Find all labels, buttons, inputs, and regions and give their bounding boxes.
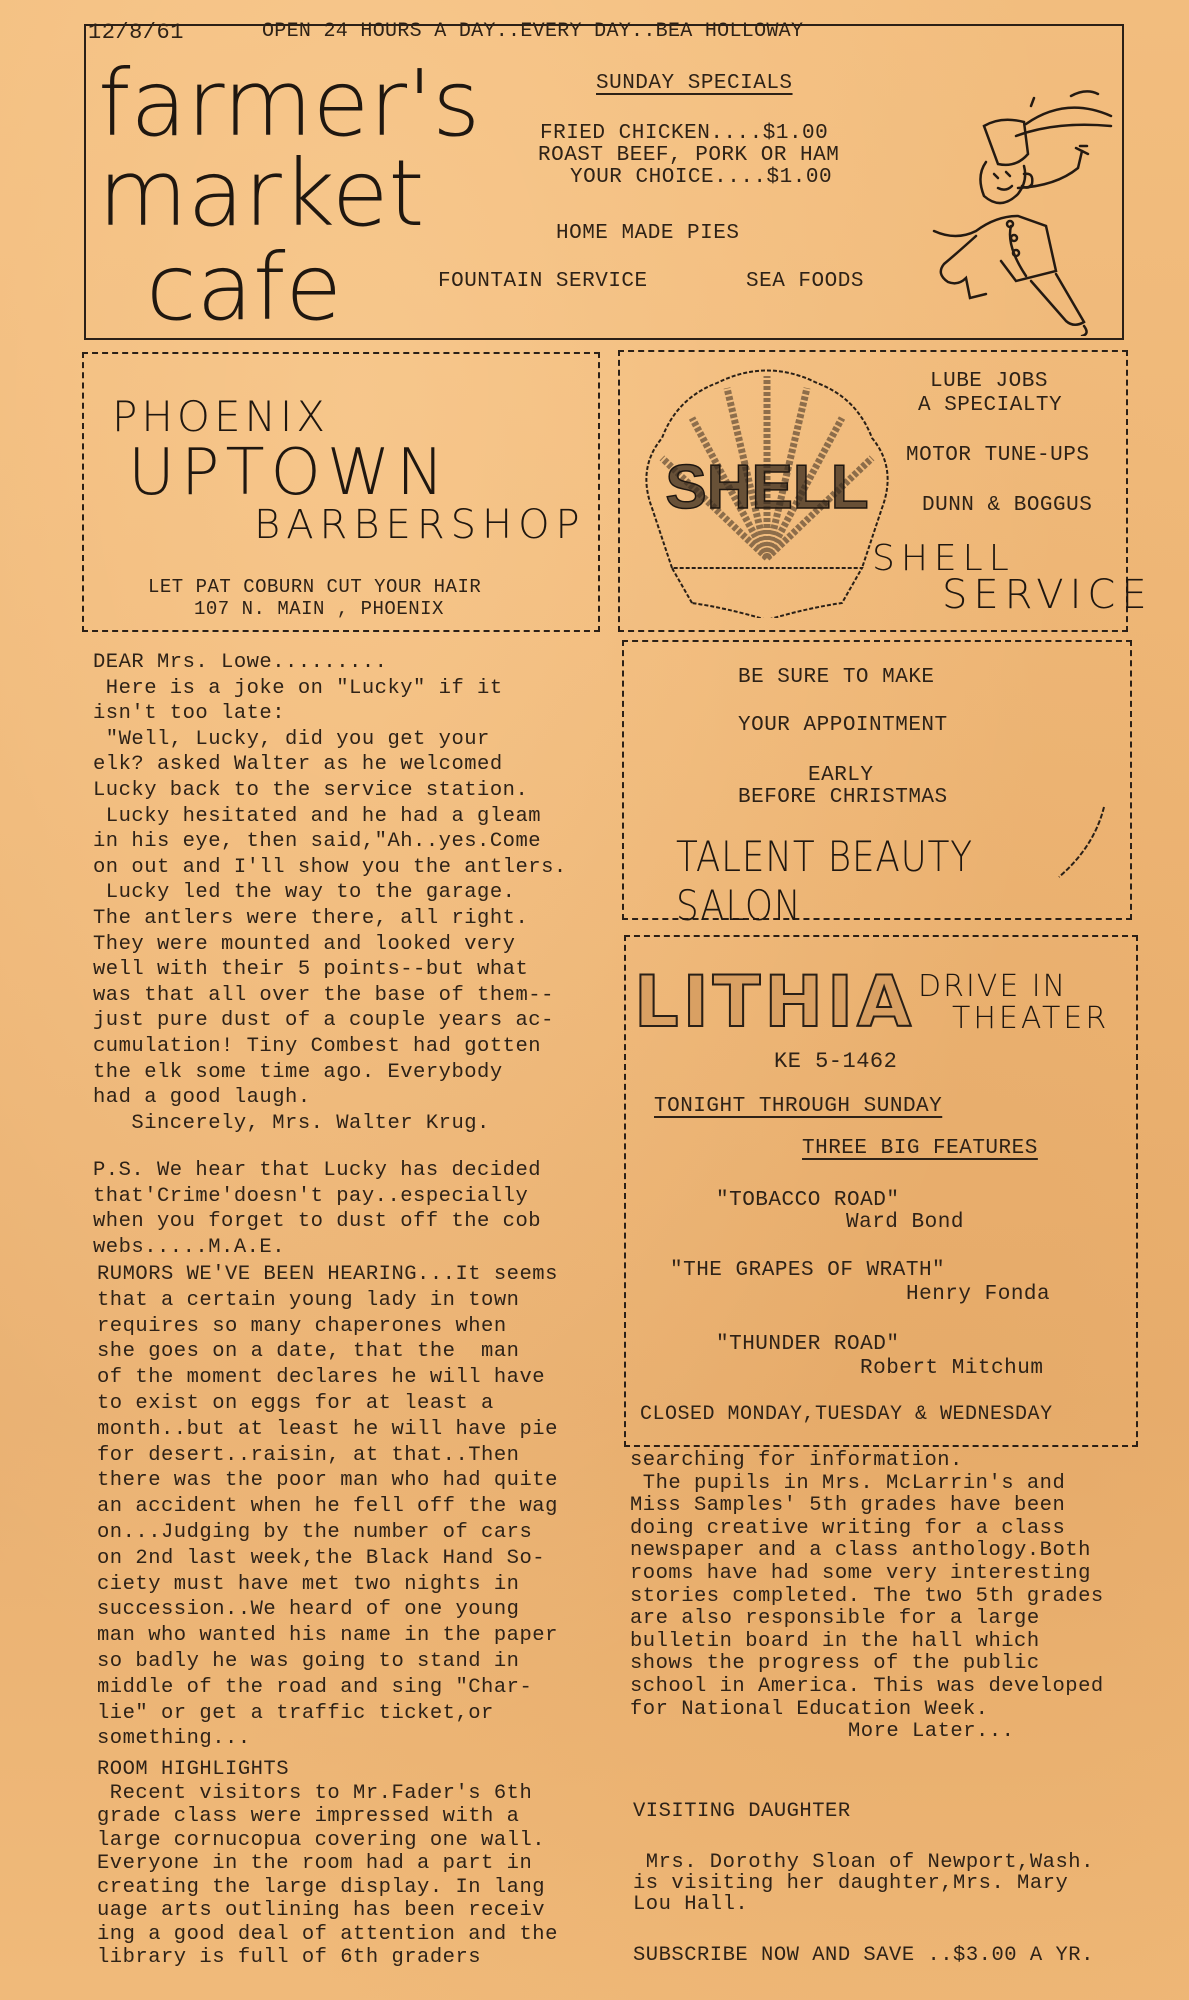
rumors-line: lie" or get a traffic ticket,or	[97, 1701, 558, 1727]
beauty-line-2: YOUR APPOINTMENT	[738, 714, 948, 737]
room-highlights-section: ROOM HIGHLIGHTS Recent visitors to Mr.Fa…	[97, 1758, 558, 1970]
feature-1-title: "TOBACCO ROAD"	[716, 1189, 899, 1212]
sea-foods: SEA FOODS	[746, 270, 864, 293]
feature-3-star: Robert Mitchum	[860, 1357, 1043, 1380]
letter-line: isn't too late:	[93, 701, 567, 727]
lithia-theater: THEATER	[952, 1001, 1109, 1036]
shell-logo-text: SHELL	[665, 453, 868, 522]
rumors-line: on 2nd last week,the Black Hand So-	[97, 1546, 558, 1572]
shell-dunn-boggus: DUNN & BOGGUS	[922, 494, 1092, 517]
rumors-line: there was the poor man who had quite	[97, 1468, 558, 1494]
cafe-name-farmers: farmer's	[98, 64, 480, 144]
phoenix-uptown-barbershop-ad: PHOENIX UPTOWN BARBERSHOP LET PAT COBURN…	[82, 352, 600, 632]
letter-line: just pure dust of a couple years ac-	[93, 1008, 567, 1034]
school-news-line: are also responsible for a large	[630, 1608, 1104, 1631]
school-news-line: shows the progress of the public	[630, 1653, 1104, 1676]
letter-line: elk? asked Walter as he welcomed	[93, 752, 567, 778]
beauty-salon-name: TALENT BEAUTY SALON	[676, 832, 1062, 930]
letter-line: was that all over the base of them--	[93, 983, 567, 1009]
shell-service-ad: SHELL LUBE JOBS A SPECIALTY MOTOR TUNE-U…	[618, 350, 1128, 632]
room-highlights-line: uage arts outlining has been receiv	[97, 1899, 558, 1923]
school-news-line: doing creative writing for a class	[630, 1518, 1104, 1541]
barber-uptown: UPTOWN	[128, 436, 450, 510]
letter-line: Lucky led the way to the garage.	[93, 880, 567, 906]
farmers-market-cafe-ad: 12/8/61 OPEN 24 HOURS A DAY..EVERY DAY..…	[84, 24, 1124, 340]
rumors-line: on...Judging by the number of cars	[97, 1520, 558, 1546]
letter-line: in his eye, then said,"Ah..yes.Come	[93, 829, 567, 855]
school-news-line: newspaper and a class anthology.Both	[630, 1540, 1104, 1563]
letter-line: had a good laugh.	[93, 1085, 567, 1111]
lithia-closed-days: CLOSED MONDAY,TUESDAY & WEDNESDAY	[640, 1403, 1053, 1426]
school-news-line: Miss Samples' 5th grades have been	[630, 1495, 1104, 1518]
special-your-choice: YOUR CHOICE....$1.00	[570, 166, 832, 189]
feature-2-star: Henry Fonda	[906, 1283, 1050, 1306]
shell-logo-icon: SHELL	[632, 358, 902, 618]
feature-1-star: Ward Bond	[846, 1211, 964, 1234]
special-roast-beef: ROAST BEEF, PORK OR HAM	[538, 144, 839, 167]
room-highlights-line: grade class were impressed with a	[97, 1805, 558, 1829]
rumors-line: that a certain young lady in town	[97, 1288, 558, 1314]
letter-to-editor: DEAR Mrs. Lowe......... Here is a joke o…	[93, 650, 567, 1261]
letter-line: "Well, Lucky, did you get your	[93, 727, 567, 753]
letter-line: They were mounted and looked very	[93, 932, 567, 958]
letter-line: Here is a joke on "Lucky" if it	[93, 676, 567, 702]
rumors-line: of the moment declares he will have	[97, 1365, 558, 1391]
room-highlights-heading: ROOM HIGHLIGHTS	[97, 1758, 558, 1782]
letter-line: on out and I'll show you the antlers.	[93, 855, 567, 881]
cafe-name-cafe: cafe	[146, 248, 342, 328]
letter-line: The antlers were there, all right.	[93, 906, 567, 932]
rumors-line: for desert..raisin, at that..Then	[97, 1443, 558, 1469]
school-news-line: stories completed. The two 5th grades	[630, 1586, 1104, 1609]
shell-motor-tune-ups: MOTOR TUNE-UPS	[906, 444, 1089, 467]
feature-3-title: "THUNDER ROAD"	[716, 1333, 899, 1356]
room-highlights-line: creating the large display. In lang	[97, 1876, 558, 1900]
school-news-section: searching for information. The pupils in…	[630, 1450, 1104, 1744]
visiting-line: Mrs. Dorothy Sloan of Newport,Wash.	[633, 1852, 1094, 1873]
visiting-daughter-body: Mrs. Dorothy Sloan of Newport,Wash. is v…	[633, 1852, 1094, 1915]
rumors-line: middle of the road and sing "Char-	[97, 1675, 558, 1701]
issue-date: 12/8/61	[88, 20, 184, 45]
school-news-line: bulletin board in the hall which	[630, 1631, 1104, 1654]
rumors-line: man who wanted his name in the paper	[97, 1623, 558, 1649]
home-made-pies: HOME MADE PIES	[556, 222, 739, 245]
letter-line: Lucky back to the service station.	[93, 778, 567, 804]
feature-2-title: "THE GRAPES OF WRATH"	[670, 1259, 945, 1282]
lithia-features-title: THREE BIG FEATURES	[802, 1137, 1038, 1160]
rumors-line: she goes on a date, that the man	[97, 1339, 558, 1365]
beauty-line-4: BEFORE CHRISTMAS	[738, 786, 948, 809]
rumors-line: to exist on eggs for at least a	[97, 1391, 558, 1417]
visiting-line: is visiting her daughter,Mrs. Mary	[633, 1873, 1094, 1894]
letter-line: Lucky hesitated and he had a gleam	[93, 804, 567, 830]
room-highlights-line: large cornucopua covering one wall.	[97, 1829, 558, 1853]
barber-phoenix: PHOENIX	[112, 392, 329, 441]
visiting-line: Lou Hall.	[633, 1894, 1094, 1915]
beauty-line-3: EARLY	[808, 764, 874, 787]
fountain-service: FOUNTAIN SERVICE	[438, 270, 648, 293]
school-news-signoff: More Later...	[630, 1721, 1104, 1744]
letter-line: the elk some time ago. Everybody	[93, 1060, 567, 1086]
decorative-stroke-icon	[1054, 802, 1114, 882]
letter-line: well with their 5 points--but what	[93, 957, 567, 983]
rumors-section: RUMORS WE'VE BEEN HEARING...It seems tha…	[97, 1262, 558, 1752]
beauty-line-1: BE SURE TO MAKE	[738, 666, 935, 689]
visiting-daughter-heading: VISITING DAUGHTER	[633, 1800, 851, 1823]
shell-lube-jobs: LUBE JOBS	[930, 370, 1048, 393]
school-news-line: school in America. This was developed	[630, 1676, 1104, 1699]
rumors-line: so badly he was going to stand in	[97, 1649, 558, 1675]
barber-slogan: LET PAT COBURN CUT YOUR HAIR	[148, 576, 481, 598]
subscribe-notice: SUBSCRIBE NOW AND SAVE ..$3.00 A YR.	[633, 1944, 1094, 1967]
ps-line: webs.....M.A.E.	[93, 1235, 567, 1261]
lithia-drive-in: DRIVE IN	[918, 969, 1067, 1004]
shell-service-name-2: SERVICE	[942, 572, 1153, 618]
ps-line: that'Crime'doesn't pay..especially	[93, 1184, 567, 1210]
school-news-line: rooms have had some very interesting	[630, 1563, 1104, 1586]
header-tagline: OPEN 24 HOURS A DAY..EVERY DAY..BEA HOLL…	[262, 20, 803, 43]
lithia-schedule: TONIGHT THROUGH SUNDAY	[654, 1095, 942, 1118]
school-news-line: The pupils in Mrs. McLarrin's and	[630, 1473, 1104, 1496]
ps-line: P.S. We hear that Lucky has decided	[93, 1158, 567, 1184]
rumors-line: something...	[97, 1726, 558, 1752]
rumors-line: RUMORS WE'VE BEEN HEARING...It seems	[97, 1262, 558, 1288]
lithia-drive-in-ad: LITHIA DRIVE IN THEATER KE 5-1462 TONIGH…	[624, 935, 1138, 1447]
letter-signature: Sincerely, Mrs. Walter Krug.	[93, 1111, 567, 1137]
ps-line: when you forget to dust off the cob	[93, 1209, 567, 1235]
rumors-line: ciety must have met two nights in	[97, 1572, 558, 1598]
sunday-specials-title: SUNDAY SPECIALS	[596, 72, 793, 95]
room-highlights-line: library is full of 6th graders	[97, 1946, 558, 1970]
room-highlights-line: Recent visitors to Mr.Fader's 6th	[97, 1782, 558, 1806]
lithia-logo: LITHIA	[634, 961, 915, 1043]
shell-a-specialty: A SPECIALTY	[918, 394, 1062, 417]
letter-line: DEAR Mrs. Lowe.........	[93, 650, 567, 676]
cafe-name-market: market	[98, 154, 425, 234]
room-highlights-line: Everyone in the room had a part in	[97, 1852, 558, 1876]
rumors-line: month..but at least he will have pie	[97, 1417, 558, 1443]
talent-beauty-salon-ad: BE SURE TO MAKE YOUR APPOINTMENT EARLY B…	[622, 640, 1132, 920]
running-chef-icon	[906, 76, 1116, 336]
barber-barbershop: BARBERSHOP	[254, 502, 586, 548]
school-news-line: searching for information.	[630, 1450, 1104, 1473]
special-fried-chicken: FRIED CHICKEN....$1.00	[540, 122, 828, 145]
school-news-line: for National Education Week.	[630, 1699, 1104, 1722]
barber-address: 107 N. MAIN , PHOENIX	[194, 598, 444, 620]
rumors-line: an accident when he fell off the wag	[97, 1494, 558, 1520]
letter-line: cumulation! Tiny Combest had gotten	[93, 1034, 567, 1060]
lithia-phone: KE 5-1462	[774, 1049, 897, 1074]
rumors-line: requires so many chaperones when	[97, 1314, 558, 1340]
room-highlights-line: ing a good deal of attention and the	[97, 1923, 558, 1947]
rumors-line: succession..We heard of one young	[97, 1597, 558, 1623]
